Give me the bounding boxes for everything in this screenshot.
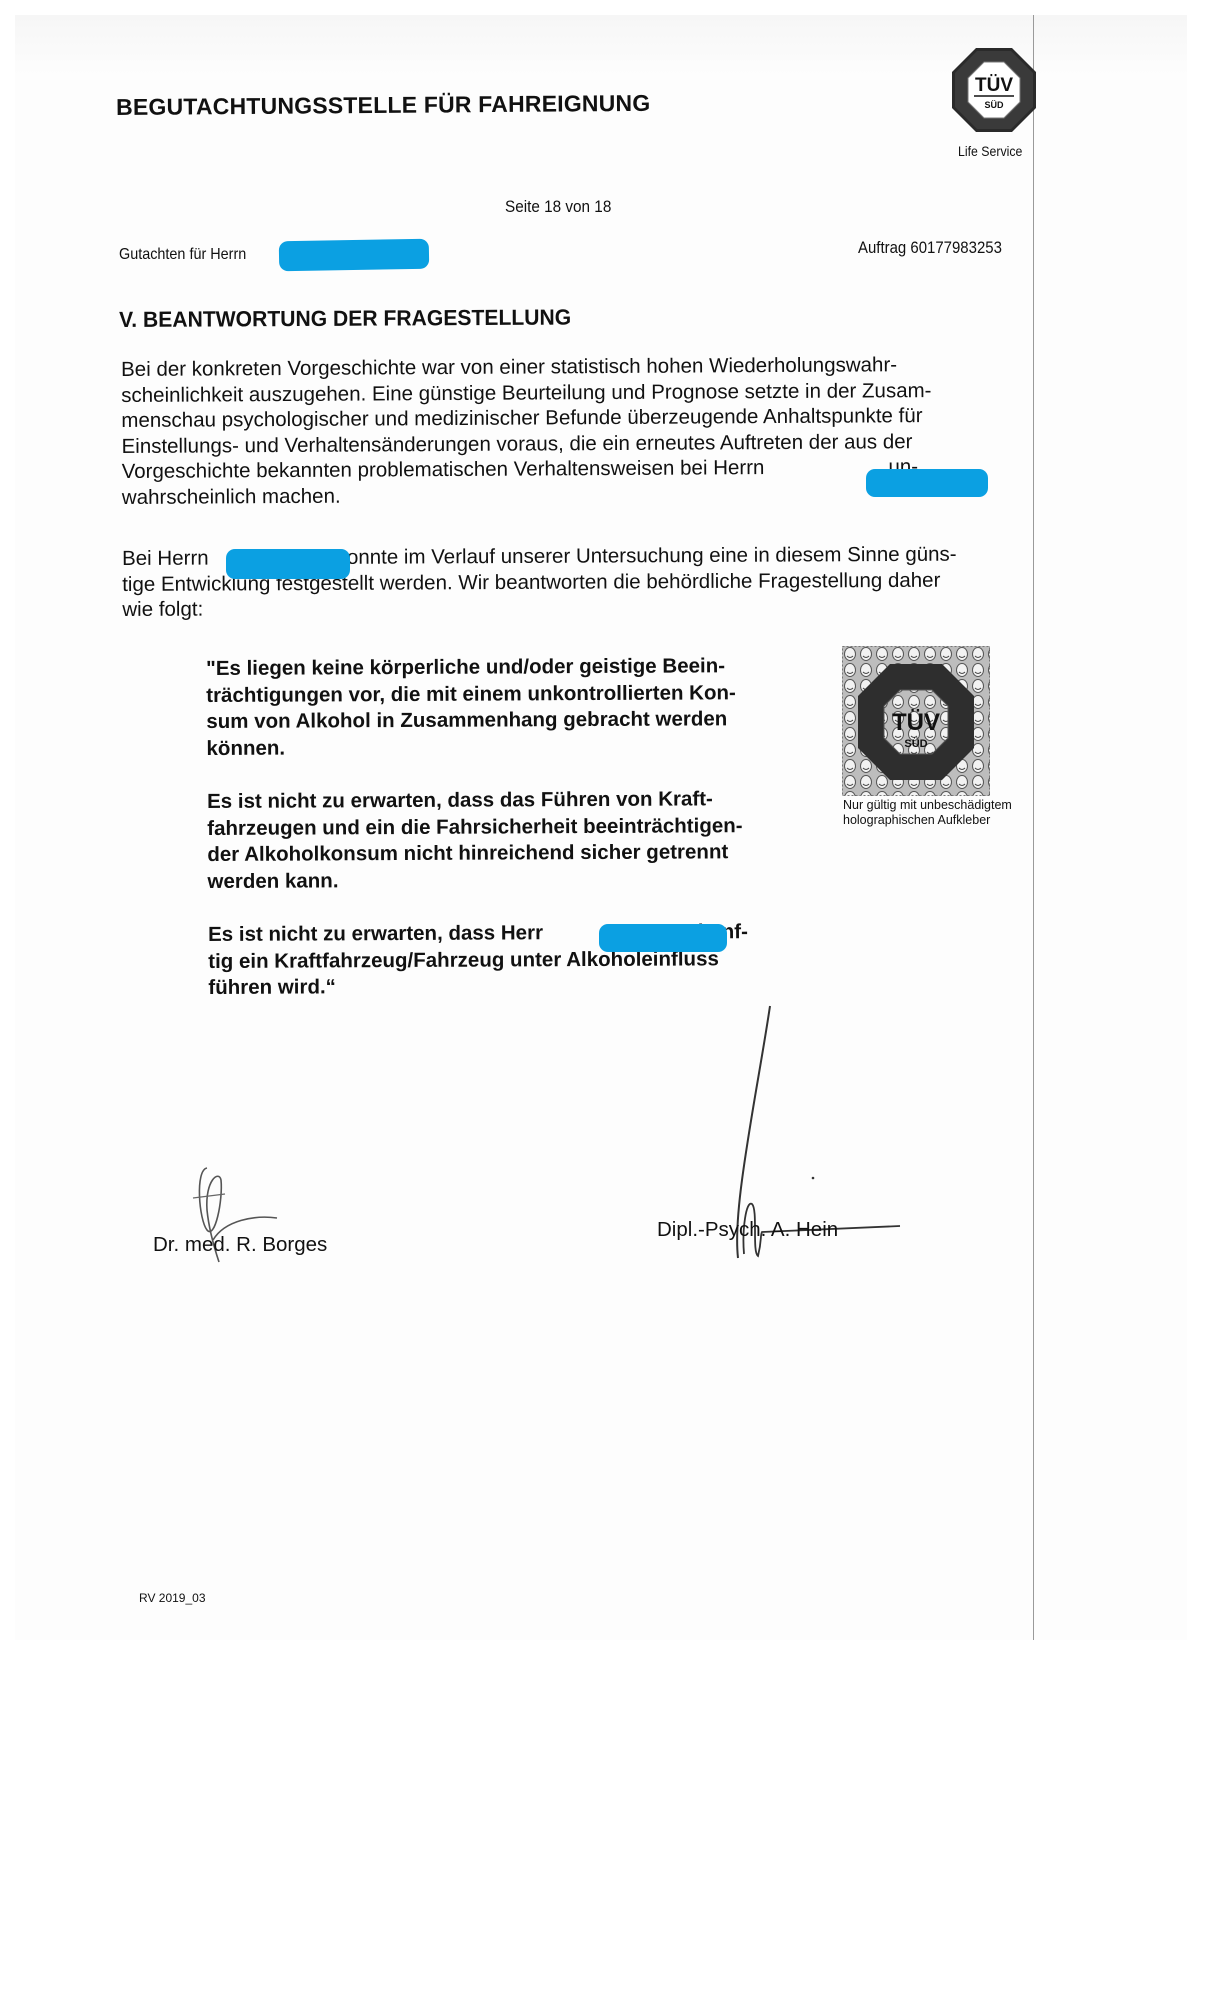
answer-1: "Es liegen keine körperliche und/oder ge… — [206, 653, 736, 762]
version-footer: RV 2019_03 — [139, 1591, 206, 1605]
answer-line: sum von Alkohol in Zusammenhang gebracht… — [206, 706, 736, 735]
svg-text:SÜD: SÜD — [984, 100, 1004, 110]
name-redaction — [226, 549, 350, 579]
scan-edge-line — [1033, 15, 1034, 1640]
name-redaction — [599, 924, 727, 952]
signature-name-borges: Dr. med. R. Borges — [153, 1233, 327, 1257]
answer-line: können. — [206, 733, 736, 762]
hologram-caption-line: Nur gültig mit unbeschädigtem — [843, 798, 1012, 813]
name-redaction — [866, 469, 988, 497]
order-number: Auftrag 60177983253 — [858, 238, 1002, 258]
paragraph-text: konnte im Verlauf unserer Untersuchung e… — [337, 543, 957, 569]
answer-line: der Alkoholkonsum nicht hinreichend sich… — [207, 839, 743, 868]
answer-line: werden kann. — [207, 866, 743, 895]
paragraph-line: Vorgeschichte bekannten problematischen … — [122, 454, 932, 484]
paragraph-text: Vorgeschichte bekannten problematischen … — [122, 456, 765, 483]
answer-line: "Es liegen keine körperliche und/oder ge… — [206, 653, 736, 682]
tuev-sued-logo-icon: TÜV SÜD — [950, 46, 1038, 134]
hologram-sticker-icon: TÜV SÜD — [842, 646, 990, 796]
answer-text: Es ist nicht zu erwarten, dass Herr — [208, 921, 543, 946]
answer-2: Es ist nicht zu erwarten, dass das Führe… — [207, 786, 743, 895]
svg-text:SÜD: SÜD — [904, 737, 927, 750]
signature-name-hein: Dipl.-Psych. A. Hein — [657, 1218, 838, 1242]
paragraph-line: wahrscheinlich machen. — [122, 480, 932, 510]
document-title: BEGUTACHTUNGSSTELLE FÜR FAHREIGNUNG — [116, 90, 650, 121]
answer-line: Es ist nicht zu erwarten, dass das Führe… — [207, 786, 743, 815]
hologram-caption-line: holographischen Aufkleber — [843, 813, 1012, 828]
answer-line: führen wird.“ — [208, 972, 748, 1001]
answer-line: fahrzeugen und ein die Fahrsicherheit be… — [207, 813, 743, 842]
svg-text:TÜV: TÜV — [892, 709, 940, 736]
svg-text:TÜV: TÜV — [975, 75, 1013, 96]
logo-caption: Life Service — [958, 143, 1022, 159]
paragraph-line: wie folgt: — [122, 593, 957, 623]
hologram-caption: Nur gültig mit unbeschädigtem holographi… — [843, 798, 1012, 828]
page-indicator: Seite 18 von 18 — [505, 197, 611, 217]
answer-line: trächtigungen vor, die mit einem unkontr… — [206, 680, 736, 709]
section-heading: V. BEANTWORTUNG DER FRAGESTELLUNG — [119, 305, 571, 333]
report-for-label: Gutachten für Herrn — [119, 246, 246, 264]
name-redaction — [279, 239, 430, 272]
paragraph-1: Bei der konkreten Vorgeschichte war von … — [121, 352, 932, 510]
paragraph-text: Bei Herrn — [122, 547, 209, 570]
